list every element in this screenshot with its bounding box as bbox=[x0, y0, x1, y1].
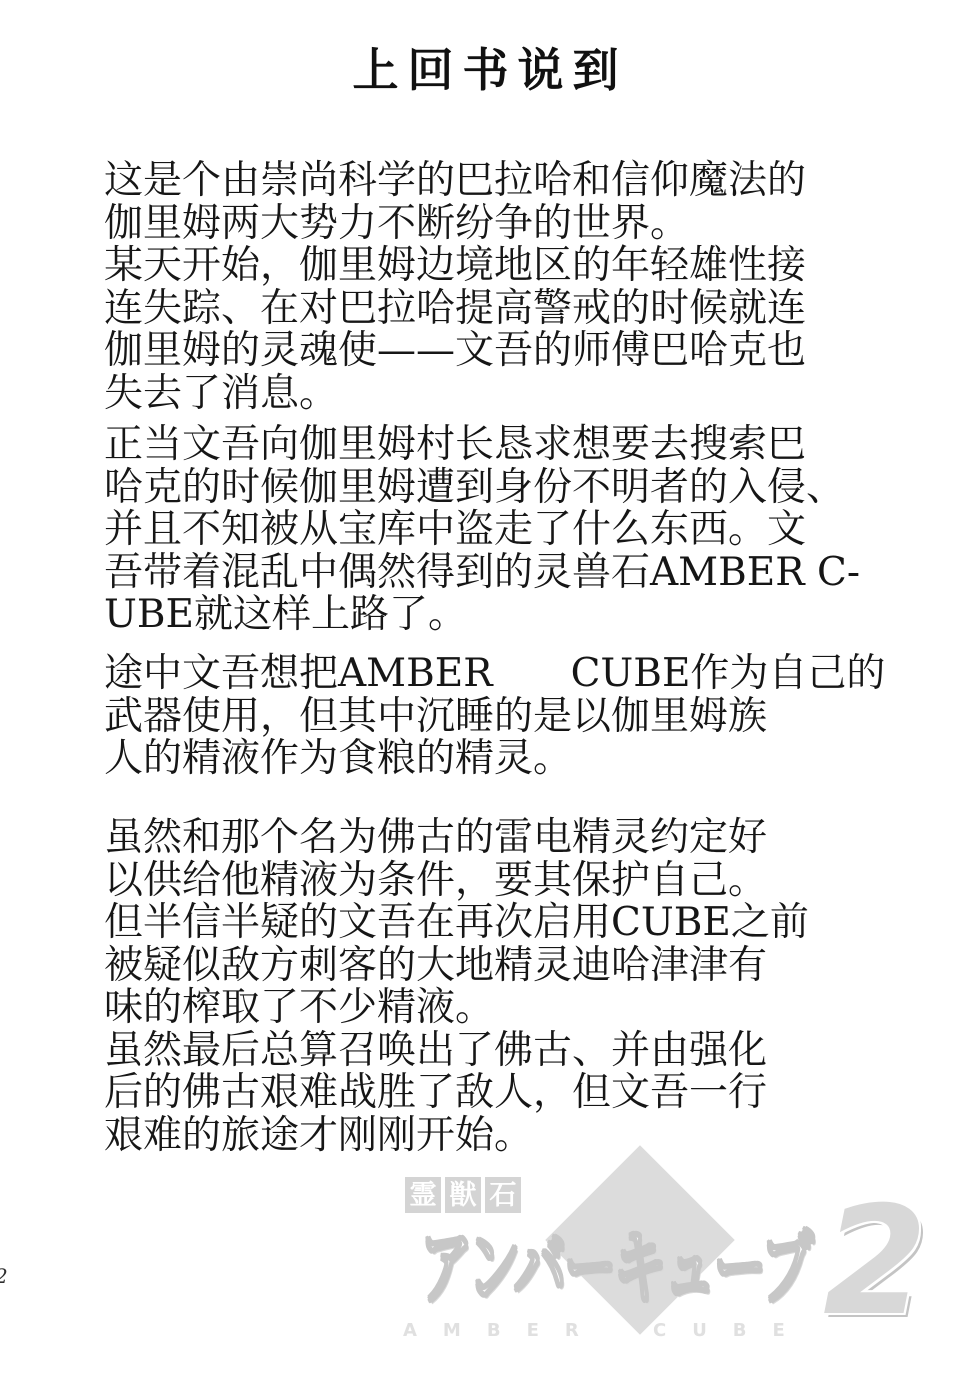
logo-badge-char-juu: 獣 bbox=[445, 1177, 481, 1213]
logo-main-text: アンバーキューブ bbox=[420, 1228, 811, 1310]
story-paragraph-3: 途中文吾想把AMBER CUBE作为自己的 武器使用，但其中沉睡的是以伽里姆族 … bbox=[104, 653, 910, 781]
story-paragraph-1: 这是个由崇尚科学的巴拉哈和信仰魔法的 伽里姆两大势力不断纷争的世界。 某天开始，… bbox=[104, 160, 910, 415]
logo-number: 2 bbox=[823, 1199, 927, 1327]
logo-badge: 霊 獣 石 bbox=[405, 1177, 521, 1213]
amber-cube-logo: 霊 獣 石 アンバーキューブ 2 AMBER CUBE bbox=[395, 1145, 980, 1384]
story-paragraph-2: 正当文吾向伽里姆村长恳求想要去搜索巴 哈克的时候伽里姆遭到身份不明者的入侵、 并… bbox=[104, 424, 910, 637]
logo-subtitle: AMBER CUBE bbox=[403, 1320, 811, 1341]
logo-badge-char-rei: 霊 bbox=[405, 1177, 441, 1213]
page-title: 上回书说到 bbox=[0, 34, 980, 100]
page: 上回书说到 这是个由崇尚科学的巴拉哈和信仰魔法的 伽里姆两大势力不断纷争的世界。… bbox=[0, 0, 980, 1384]
logo-badge-char-seki: 石 bbox=[485, 1177, 521, 1213]
story-paragraph-4: 虽然和那个名为佛古的雷电精灵约定好 以供给他精液为条件，要其保护自己。 但半信半… bbox=[104, 817, 910, 1157]
page-number: 2 bbox=[0, 1264, 8, 1288]
